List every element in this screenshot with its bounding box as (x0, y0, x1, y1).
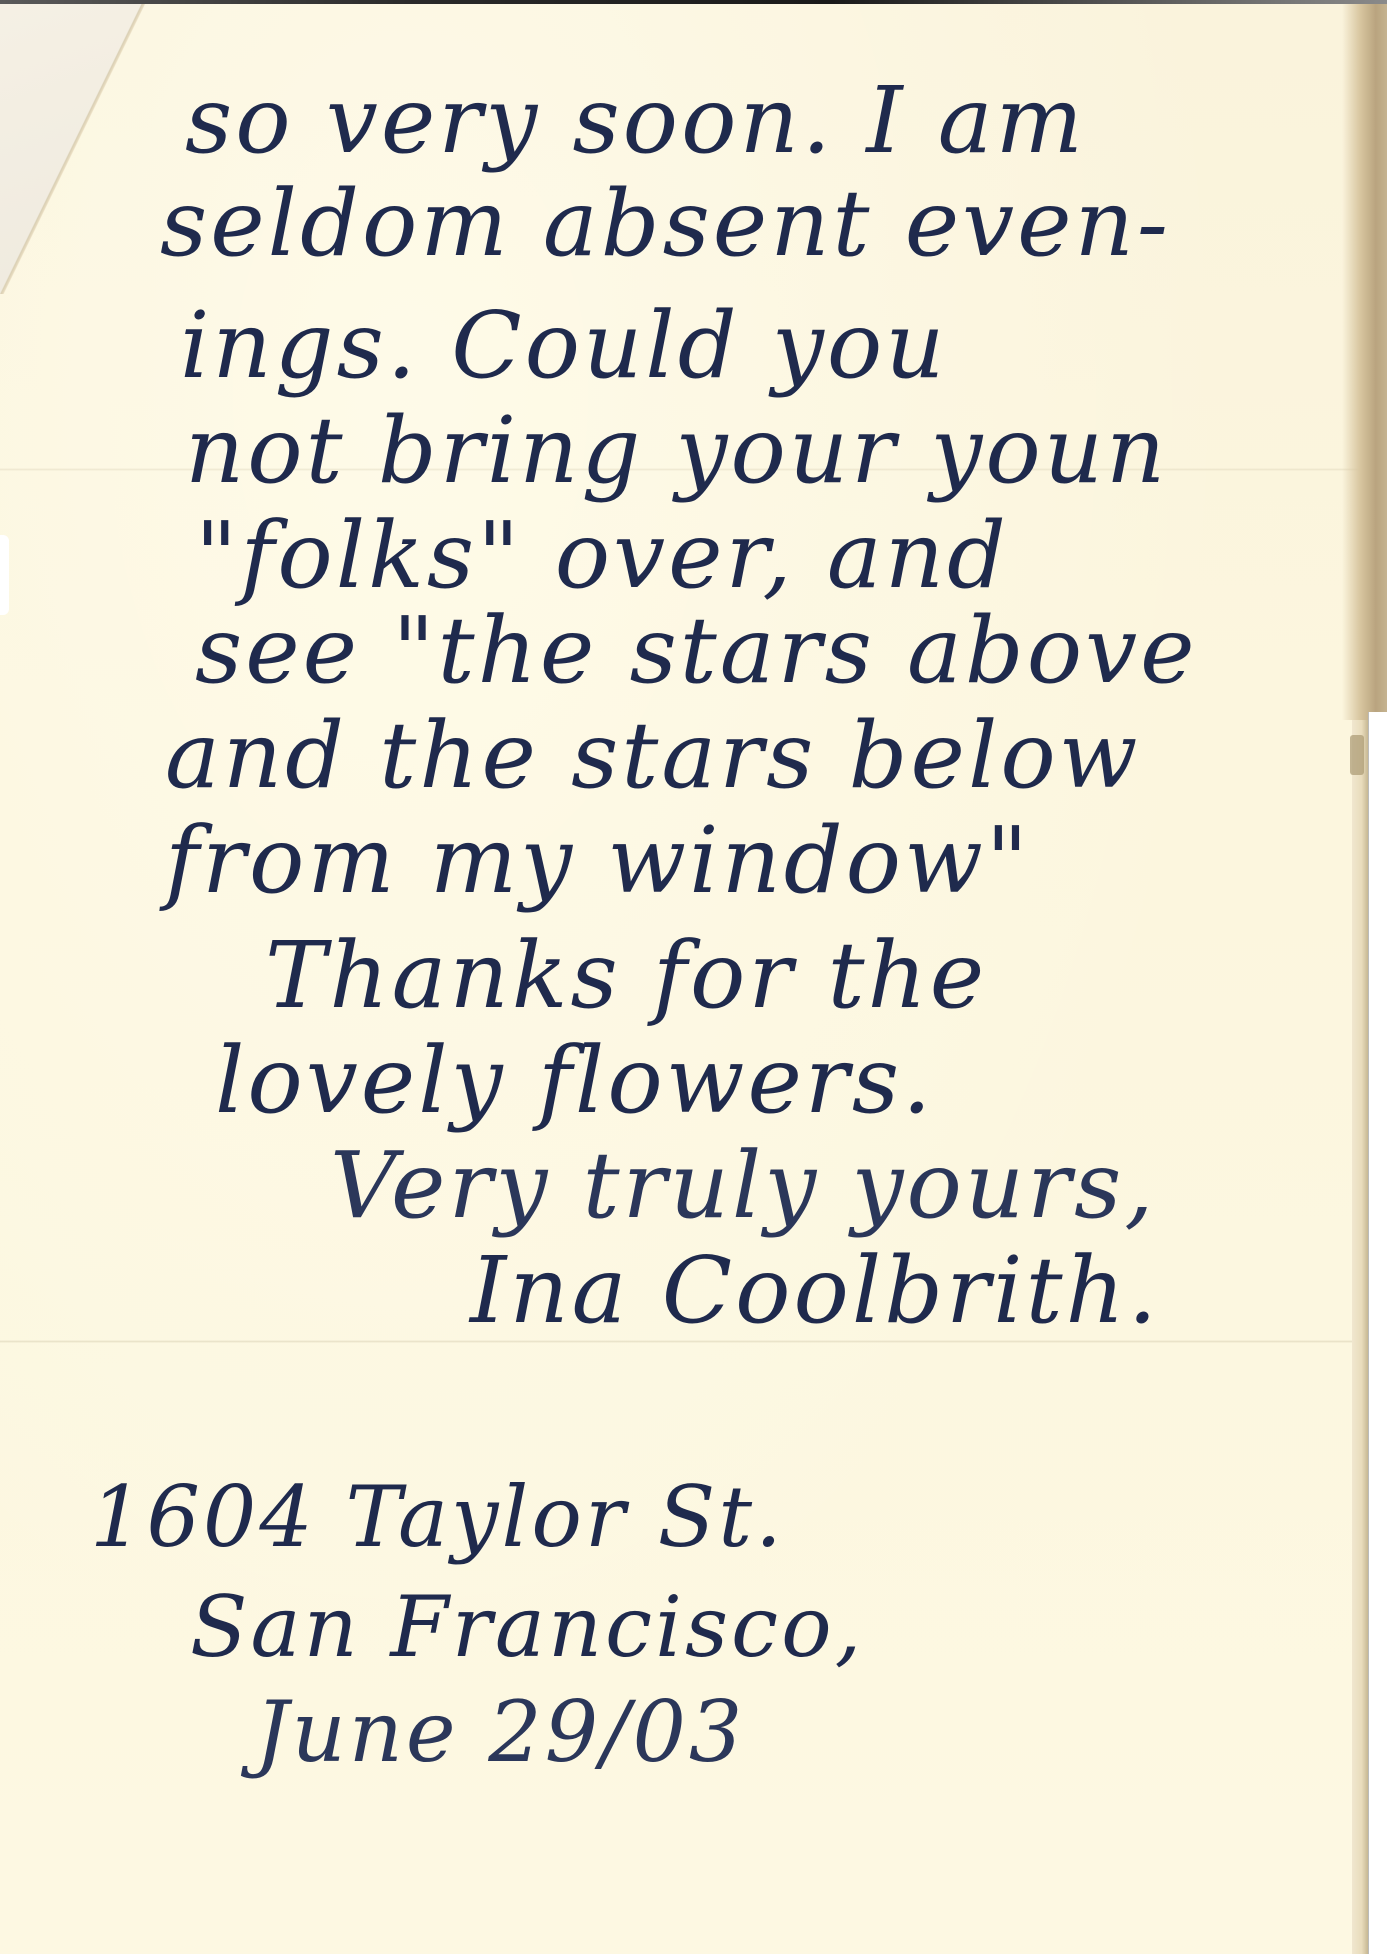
letter-line-3: ings. Could you (180, 300, 947, 392)
letter-line-2: seldom absent even- (160, 178, 1171, 270)
letter-line-9: Thanks for the (265, 930, 987, 1022)
letter-line-4: not bring your youn (185, 405, 1168, 497)
letter-line-1: so very soon. I am (185, 75, 1086, 167)
letter-line-6: see "the stars above (195, 605, 1198, 697)
letter-body: so very soon. I am seldom absent even- i… (0, 0, 1387, 1954)
letter-line-7: and the stars below (165, 710, 1141, 802)
address-street: 1604 Taylor St. (90, 1475, 785, 1559)
letter-line-10: lovely flowers. (215, 1035, 934, 1127)
closing: Very truly yours, (330, 1140, 1157, 1232)
letter-date: June 29/03 (255, 1690, 745, 1774)
letter-line-5: "folks" over, and (195, 510, 1009, 602)
signature: Ina Coolbrith. (470, 1245, 1160, 1337)
address-city: San Francisco, (190, 1585, 864, 1669)
letter-line-8: from my window" (165, 815, 1031, 907)
